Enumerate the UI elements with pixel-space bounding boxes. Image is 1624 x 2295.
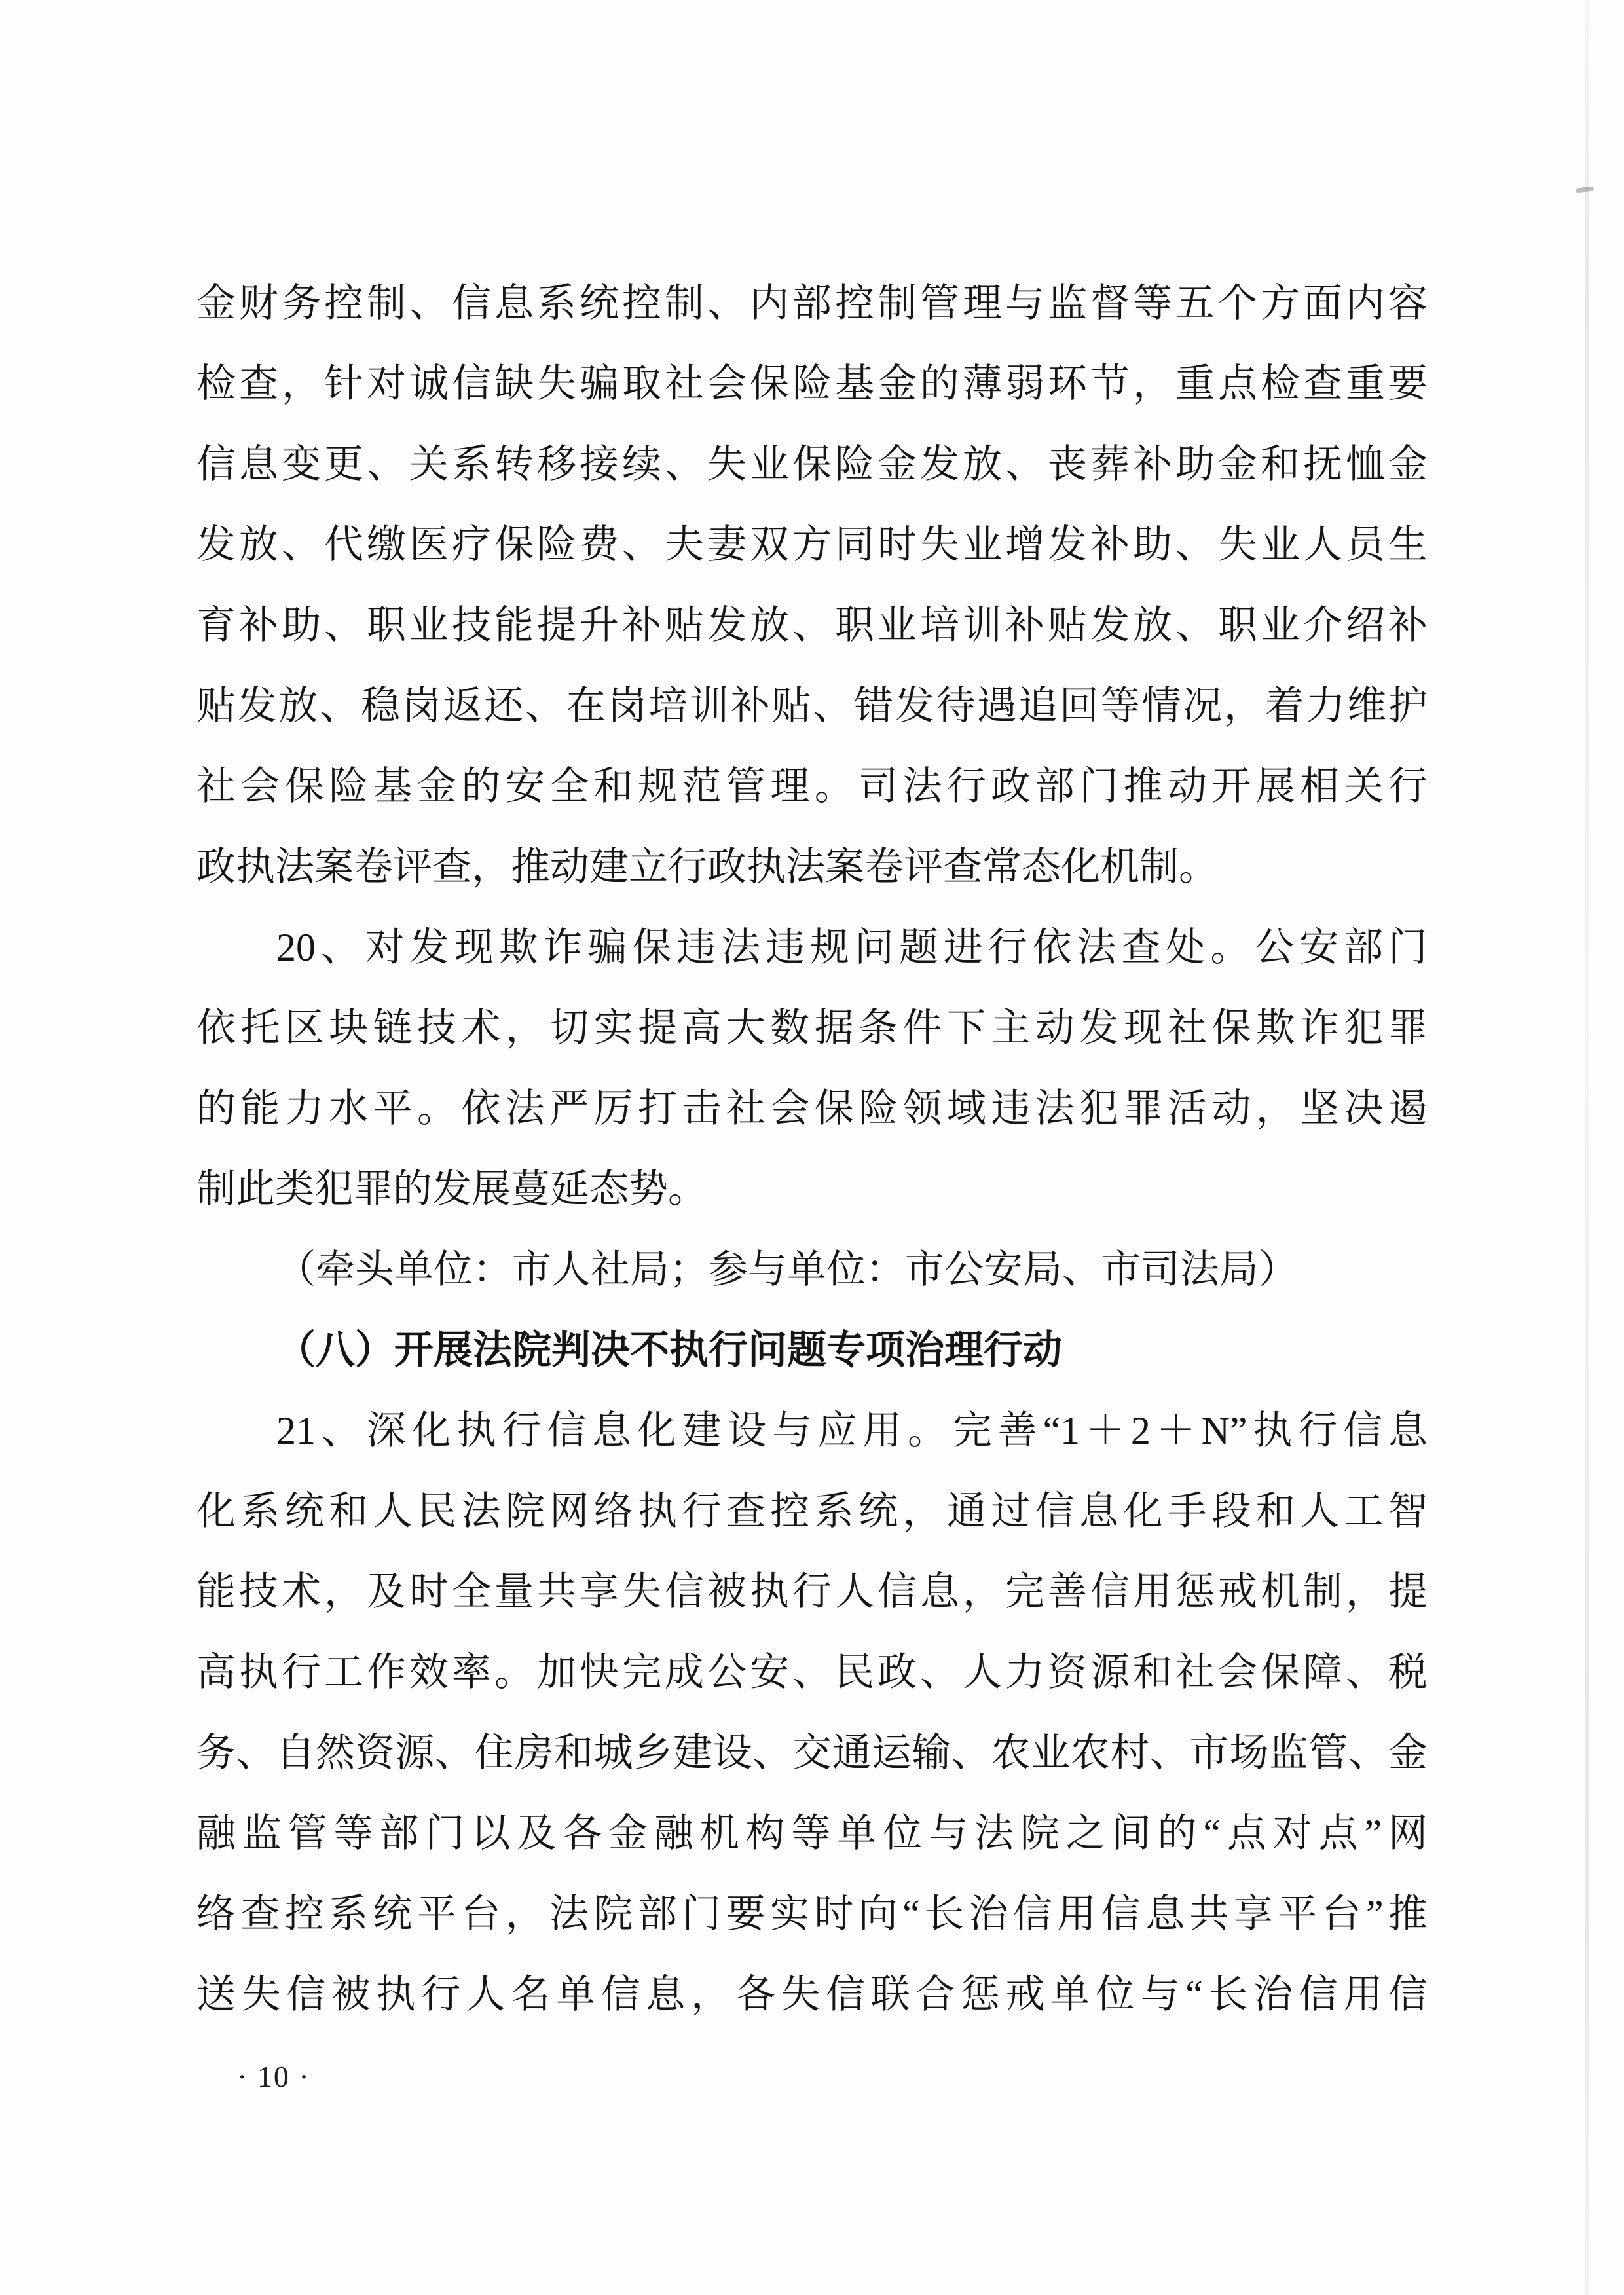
text-line: 高执行工作效率。加快完成公安、民政、人力资源和社会保障、税 [196, 1632, 1428, 1713]
text-line: 能技术，及时全量共享失信被执行人信息，完善信用惩戒机制，提 [196, 1552, 1428, 1632]
document-page: 金财务控制、信息系统控制、内部控制管理与监督等五个方面内容检查，针对诚信缺失骗取… [0, 0, 1624, 2295]
scan-artifact-line [1585, 0, 1589, 2295]
text-line: 检查，针对诚信缺失骗取社会保险基金的薄弱环节，重点检查重要 [196, 344, 1428, 424]
text-line: 制此类犯罪的发展蔓延态势。 [196, 1149, 1428, 1230]
text-line: （牵头单位：市人社局；参与单位：市公安局、市司法局） [196, 1230, 1428, 1310]
text-line: 政执法案卷评查，推动建立行政执法案卷评查常态化机制。 [196, 827, 1428, 908]
text-line: 贴发放、稳岗返还、在岗培训补贴、错发待遇追回等情况，着力维护 [196, 666, 1428, 746]
text-block: 金财务控制、信息系统控制、内部控制管理与监督等五个方面内容检查，针对诚信缺失骗取… [196, 263, 1428, 2035]
text-line: 的能力水平。依法严厉打击社会保险领域违法犯罪活动，坚决遏 [196, 1069, 1428, 1149]
text-line: 信息变更、关系转移接续、失业保险金发放、丧葬补助金和抚恤金 [196, 424, 1428, 505]
text-line: 融监管等部门以及各金融机构等单位与法院之间的“点对点”网 [196, 1793, 1428, 1874]
text-line: 务、自然资源、住房和城乡建设、交通运输、农业农村、市场监管、金 [196, 1713, 1428, 1793]
text-line: 发放、代缴医疗保险费、夫妻双方同时失业增发补助、失业人员生 [196, 505, 1428, 585]
text-line: 化系统和人民法院网络执行查控系统，通过信息化手段和人工智 [196, 1471, 1428, 1552]
text-line: 金财务控制、信息系统控制、内部控制管理与监督等五个方面内容 [196, 263, 1428, 344]
text-line: 络查控系统平台，法院部门要实时向“长治信用信息共享平台”推 [196, 1874, 1428, 1955]
text-line: 育补助、职业技能提升补贴发放、职业培训补贴发放、职业介绍补 [196, 585, 1428, 666]
text-line: （八）开展法院判决不执行问题专项治理行动 [196, 1310, 1428, 1391]
text-line: 依托区块链技术，切实提高大数据条件下主动发现社保欺诈犯罪 [196, 988, 1428, 1069]
text-line: 送失信被执行人名单信息，各失信联合惩戒单位与“长治信用信 [196, 1955, 1428, 2035]
page-number: · 10 · [237, 2059, 310, 2095]
text-line: 21、深化执行信息化建设与应用。完善“1＋2＋N”执行信息 [196, 1391, 1428, 1471]
text-line: 20、对发现欺诈骗保违法违规问题进行依法查处。公安部门 [196, 908, 1428, 988]
text-line: 社会保险基金的安全和规范管理。司法行政部门推动开展相关行 [196, 746, 1428, 827]
